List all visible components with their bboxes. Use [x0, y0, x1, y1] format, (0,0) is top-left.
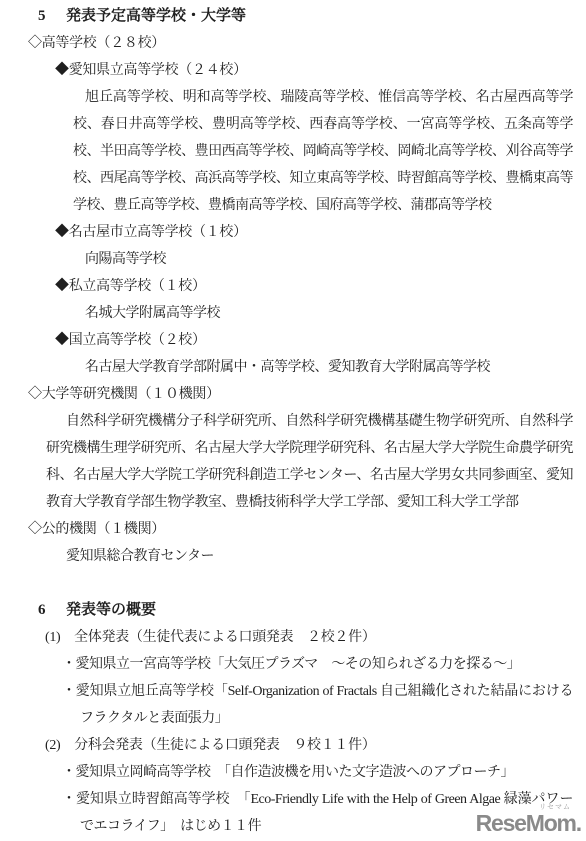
- national-group-label: ◆国立高等学校（２校）: [55, 327, 586, 354]
- national-school-list: 名古屋大学教育学部附属中・高等学校、愛知教育大学附属高等学校: [73, 354, 573, 381]
- municipal-group-label: ◆名古屋市立高等学校（１校）: [55, 219, 586, 246]
- section5-title: 発表予定高等学校・大学等: [66, 8, 246, 24]
- municipal-school-list: 向陽高等学校: [73, 246, 573, 273]
- plenary-item-label: (1) 全体発表（生徒代表による口頭発表 ２校２件）: [45, 624, 586, 651]
- public-institution-list: 愛知県総合教育センター: [46, 543, 573, 570]
- breakout-entry-okazaki: ・愛知県立岡崎高等学校 「自作造波機を用いた文字造波へのアプローチ」: [80, 759, 573, 786]
- resemom-logo-wordmark: ReseMom.: [476, 810, 581, 836]
- public-group-label: ◇公的機関（１機関）: [28, 516, 586, 543]
- highschool-group-label: ◇高等学校（２８校）: [28, 30, 586, 57]
- section6-title: 発表等の概要: [66, 602, 156, 618]
- private-school-list: 名城大学附属高等学校: [73, 300, 573, 327]
- section5-number: 5: [38, 3, 66, 30]
- prefectural-group-label: ◆愛知県立高等学校（２４校）: [55, 57, 586, 84]
- breakout-item-label: (2) 分科会発表（生徒による口頭発表 ９校１１件）: [45, 732, 586, 759]
- resemom-logo: リセマム ReseMom.: [476, 804, 581, 835]
- section5-heading: 5発表予定高等学校・大学等: [38, 3, 586, 30]
- document-page: 5発表予定高等学校・大学等 ◇高等学校（２８校） ◆愛知県立高等学校（２４校） …: [0, 0, 586, 841]
- section6-number: 6: [38, 597, 66, 624]
- plenary-entry-asahigaoka: ・愛知県立旭丘高等学校「Self-Organization of Fractal…: [80, 678, 573, 732]
- section6-heading: 6発表等の概要: [38, 597, 586, 624]
- private-group-label: ◆私立高等学校（１校）: [55, 273, 586, 300]
- plenary-entry-ichinomiya: ・愛知県立一宮高等学校「大気圧プラズマ ～その知られざる力を探る～」: [80, 651, 573, 678]
- research-group-label: ◇大学等研究機関（１０機関）: [28, 381, 586, 408]
- prefectural-school-list: 旭丘高等学校、明和高等学校、瑞陵高等学校、惟信高等学校、名古屋西高等学校、春日井…: [73, 84, 573, 219]
- research-institution-list: 自然科学研究機構分子科学研究所、自然科学研究機構基礎生物学研究所、自然科学研究機…: [46, 408, 573, 516]
